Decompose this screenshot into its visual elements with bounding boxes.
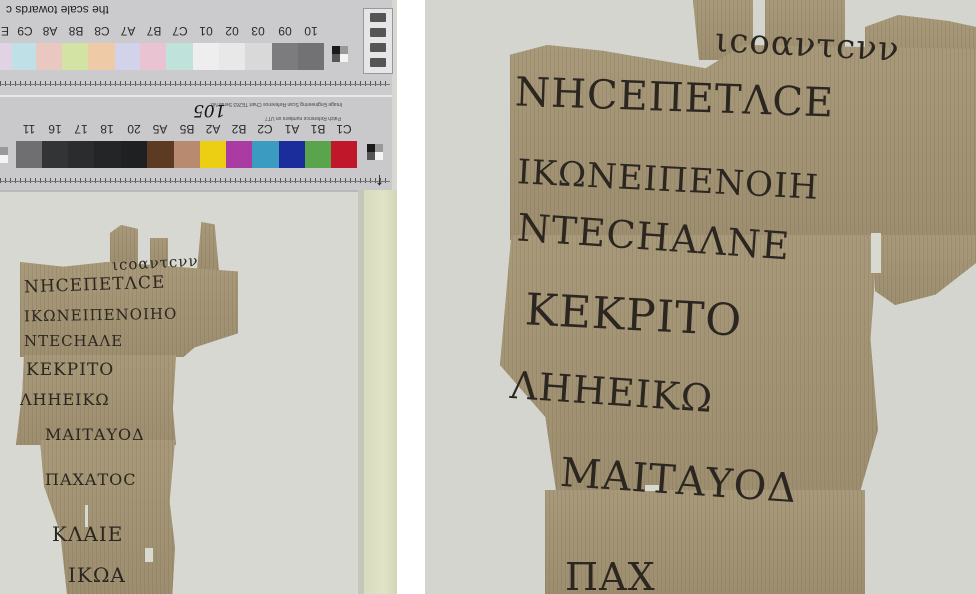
patch-label: B2 xyxy=(226,122,252,136)
papyrus-piece xyxy=(197,222,219,272)
label-tag xyxy=(370,58,386,67)
patch-label: 16 xyxy=(42,122,68,136)
reference-square xyxy=(375,152,383,160)
patch-label: C8 xyxy=(89,24,115,38)
label-tag xyxy=(370,28,386,37)
patch-label: C9 xyxy=(12,24,38,38)
patch-label: B7 xyxy=(141,24,167,38)
chart-top-strip: the scale towards c E C9 A8 B8 C8 A7 B7 … xyxy=(0,0,392,97)
papyrus-text-line: ΚΛΑΙΕ xyxy=(52,522,123,546)
color-patch xyxy=(219,43,245,70)
papyrus-text-line: ΜΑΙΤΑΥΟΔ xyxy=(45,425,145,444)
color-patch xyxy=(193,43,219,70)
color-patch xyxy=(62,43,88,70)
papyrus-text-line: ΚΕΚΡΙΤΟ xyxy=(26,360,114,380)
patch-label: 03 xyxy=(245,24,271,38)
papyrus-text-line: ΠΑΧΑΤΟC xyxy=(45,470,136,489)
patch-label: 10 xyxy=(298,24,324,38)
papyrus-text-line: ΙΚΩΑ xyxy=(68,563,126,587)
patch-label: 18 xyxy=(94,122,120,136)
reference-square xyxy=(367,152,375,160)
handwritten-number: 105 xyxy=(193,100,225,120)
color-patch xyxy=(121,141,147,168)
papyrus-hole xyxy=(145,548,153,562)
color-patch xyxy=(42,141,68,168)
color-patch xyxy=(226,141,252,168)
papyrus-text-line: ΛΗΗΕΙΚΩ xyxy=(20,390,110,409)
patch-label: 01 xyxy=(193,24,219,38)
patch-label: B8 xyxy=(63,24,89,38)
color-patch xyxy=(252,141,279,168)
papyrus-hole xyxy=(871,233,881,273)
reference-square xyxy=(332,54,340,62)
color-patch xyxy=(200,141,226,168)
color-patch xyxy=(298,43,324,70)
reference-square xyxy=(332,46,340,54)
patch-label: A1 xyxy=(279,122,305,136)
patch-label: C1 xyxy=(331,122,357,136)
patch-label: A7 xyxy=(115,24,141,38)
color-patch xyxy=(166,43,193,70)
reference-square xyxy=(0,147,8,155)
color-patch xyxy=(331,141,357,168)
patch-label: B1 xyxy=(305,122,331,136)
patch-label: A2 xyxy=(200,122,226,136)
reference-square xyxy=(340,46,348,54)
patch-label: C2 xyxy=(252,122,278,136)
color-patch xyxy=(94,141,121,168)
patch-label: C7 xyxy=(167,24,193,38)
color-patch xyxy=(279,141,305,168)
color-patch xyxy=(36,43,62,70)
papyrus-piece xyxy=(500,235,878,495)
color-patch xyxy=(245,43,272,70)
color-patch xyxy=(12,43,36,70)
reference-square xyxy=(0,155,8,163)
measurement-ruler xyxy=(0,77,390,91)
patch-label: 02 xyxy=(219,24,245,38)
color-patch xyxy=(88,43,115,70)
color-patch xyxy=(174,141,200,168)
chart-bottom-strip: Image Engineering Scan Reference Chart T… xyxy=(0,97,392,190)
patch-label: 20 xyxy=(121,122,147,136)
patch-label: B5 xyxy=(174,122,200,136)
papyrus-text-line: ΙΚΩΝΕΙΠΕΝΟΙΗΟ xyxy=(24,305,178,326)
color-patch xyxy=(147,141,174,168)
chart-small-print: Image Engineering Scan Reference Chart T… xyxy=(210,101,342,107)
color-patch xyxy=(16,141,42,168)
patch-label: 09 xyxy=(272,24,298,38)
label-tag xyxy=(370,43,386,52)
label-tag xyxy=(370,13,386,22)
patch-label: A5 xyxy=(147,122,173,136)
color-patch xyxy=(0,43,12,70)
right-photo-panel-closeup: ιcοαντcνν ΝΗCΕΠΕΤΛCΕ ΙΚΩΝΕΙΠΕΝΟΙΗ ΝΤΕCΗΑ… xyxy=(425,0,976,594)
left-photo-panel: the scale towards c E C9 A8 B8 C8 A7 B7 … xyxy=(0,0,397,594)
papyrus-text-line: ΠΑΧ xyxy=(565,555,656,594)
measurement-ruler xyxy=(0,174,390,188)
reference-square xyxy=(375,144,383,152)
reference-square xyxy=(340,54,348,62)
color-patch xyxy=(68,141,94,168)
color-patch xyxy=(140,43,166,70)
patch-label: A8 xyxy=(37,24,63,38)
color-patch xyxy=(305,141,331,168)
papyrus-text-line: ΝΤΕCΗΑΛΕ xyxy=(24,332,123,350)
chart-small-print: Patch Reference numbers on UT7 xyxy=(265,115,341,121)
down-arrow-icon: ↓ xyxy=(375,169,384,190)
color-patch xyxy=(115,43,140,70)
patch-label: 11 xyxy=(16,122,42,136)
color-patch xyxy=(272,43,298,70)
color-calibration-chart: the scale towards c E C9 A8 B8 C8 A7 B7 … xyxy=(0,0,392,192)
mount-strip xyxy=(364,190,397,594)
papyrus-piece xyxy=(875,235,976,305)
reference-square xyxy=(367,144,375,152)
chart-caption: the scale towards c xyxy=(6,3,109,17)
patch-label: 17 xyxy=(68,122,94,136)
chart-label-box xyxy=(363,8,393,74)
